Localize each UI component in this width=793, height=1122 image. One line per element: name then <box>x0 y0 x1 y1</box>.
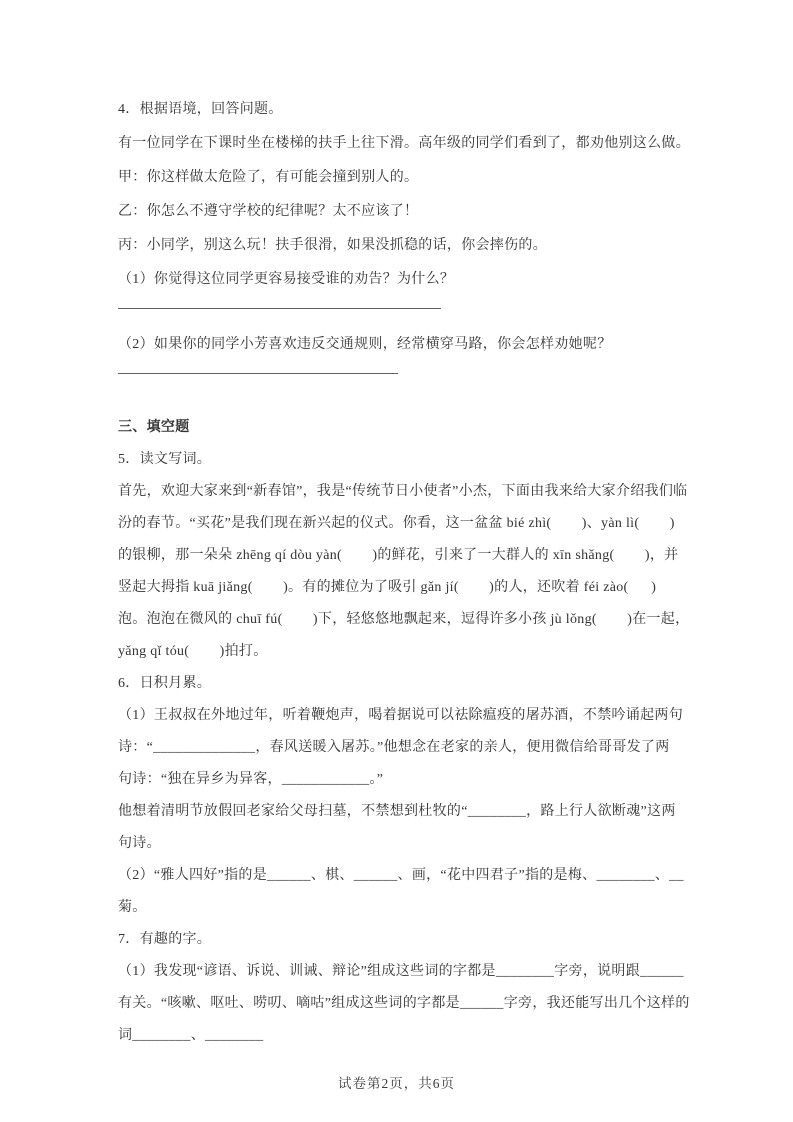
question-5-line-2: 汾的春节。“买花”是我们现在新兴起的仪式。你看，这一盆盆 bié zhì( )、… <box>118 508 693 540</box>
question-5-line-4: 竖起大拇指 kuā jiǎng( )。有的摊位为了吸引 gǎn jí( )的人，… <box>118 572 693 604</box>
question-4-speaker-jia: 甲：你这样做太危险了，有可能会撞到别人的。 <box>118 161 693 195</box>
question-5-line-6: yǎng qǐ tóu( )拍打。 <box>118 636 693 668</box>
question-6-sub1-line-5: 句诗。 <box>118 828 693 860</box>
question-5-line-3: 的银柳，那一朵朵 zhēng qí dòu yàn( )的鲜花，引来了一大群人的… <box>118 540 693 572</box>
question-7-line-1: （1）我发现“谚语、诉说、训诫、辩论”组成这些词的字都是________字旁，说… <box>118 956 693 988</box>
answer-blank-line-1 <box>118 308 441 309</box>
exam-paper-page: 4．根据语境，回答问题。 有一位同学在下课时坐在楼梯的扶手上往下滑。高年级的同学… <box>0 0 793 1122</box>
document-body: 4．根据语境，回答问题。 有一位同学在下课时坐在楼梯的扶手上往下滑。高年级的同学… <box>0 0 793 1052</box>
question-5-title: 5．读文写词。 <box>118 444 693 476</box>
question-6-sub2-line-1: （2）“雅人四好”指的是______、棋、______、画，“花中四君子”指的是… <box>118 860 693 892</box>
question-4-sub2: （2）如果你的同学小芳喜欢违反交通规则，经常横穿马路，你会怎样劝她呢？ <box>118 328 693 362</box>
question-4-sub1: （1）你觉得这位同学更容易接受谁的劝告？为什么？ <box>118 263 693 297</box>
question-7-line-3: 词________、________ <box>118 1020 693 1052</box>
question-5-line-5: 泡。泡泡在微风的 chuī fú( )下，轻悠悠地飘起来，逗得许多小孩 jù l… <box>118 604 693 636</box>
question-6-sub2-line-2: 菊。 <box>118 892 693 924</box>
question-4-speaker-bing: 丙：小同学，别这么玩！扶手很滑，如果没抓稳的话，你会摔伤的。 <box>118 229 693 263</box>
question-7-title: 7．有趣的字。 <box>118 924 693 956</box>
question-4-intro: 有一位同学在下课时坐在楼梯的扶手上往下滑。高年级的同学们看到了，都劝他别这么做。 <box>118 127 693 161</box>
question-6-title: 6．日积月累。 <box>118 668 693 700</box>
question-6-sub1-line-2: 诗：“______________，春风送暖入屠苏。”他想念在老家的亲人，便用微… <box>118 732 693 764</box>
question-6-sub1-line-4: 他想着清明节放假回老家给父母扫墓，不禁想到杜牧的“________，路上行人欲断… <box>118 796 693 828</box>
question-7-line-2: 有关。“咳嗽、呕吐、唠叨、嘀咕”组成这些词的字都是______字旁，我还能写出几… <box>118 988 693 1020</box>
question-4-title: 4．根据语境，回答问题。 <box>118 93 693 127</box>
fill-in-blank-section: 三、填空题 5．读文写词。 首先，欢迎大家来到“新春馆”，我是“传统节日小使者”… <box>118 412 693 1052</box>
page-footer: 试卷第2页，共6页 <box>0 1072 793 1092</box>
question-4-speaker-yi: 乙：你怎么不遵守学校的纪律呢？太不应该了！ <box>118 195 693 229</box>
question-6-sub1-line-1: （1）王叔叔在外地过年，听着鞭炮声，喝着据说可以祛除瘟疫的屠苏酒，不禁吟诵起两句 <box>118 700 693 732</box>
question-5-line-1: 首先，欢迎大家来到“新春馆”，我是“传统节日小使者”小杰，下面由我来给大家介绍我… <box>118 476 693 508</box>
answer-blank-line-2 <box>118 373 398 374</box>
section-3-heading: 三、填空题 <box>118 412 693 444</box>
question-6-sub1-line-3: 句诗：“独在异乡为异客，____________。” <box>118 764 693 796</box>
